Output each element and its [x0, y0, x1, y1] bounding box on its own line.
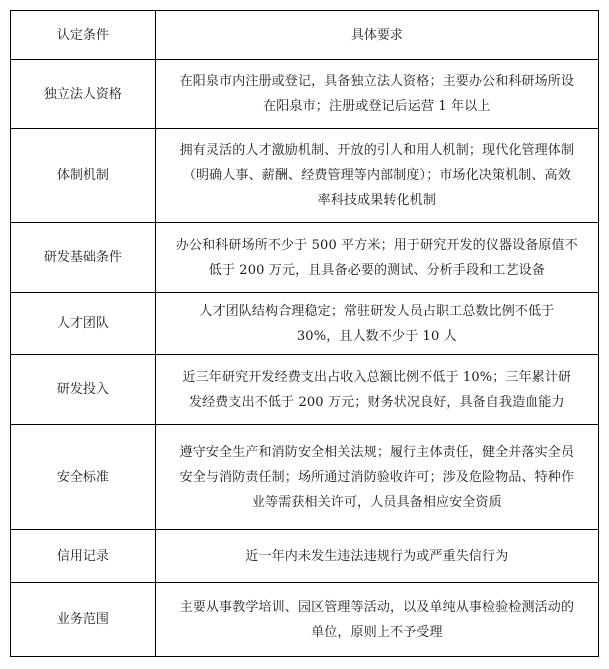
requirement-line: 遵守安全生产和消防安全相关法规；履行主体责任，健全并落实全员: [162, 440, 592, 465]
table-row: 独立法人资格在阳泉市内注册或登记，具备独立法人资格；主要办公和科研场所设在阳泉市…: [11, 60, 599, 129]
table-header-row: 认定条件 具体要求: [11, 11, 599, 60]
condition-cell: 研发基础条件: [11, 223, 156, 293]
requirement-line: 低于 200 万元，且具备必要的测试、分析手段和工艺设备: [162, 258, 592, 283]
condition-cell: 信用记录: [11, 530, 156, 583]
header-requirement: 具体要求: [155, 11, 598, 60]
requirement-cell: 拥有灵活的人才激励机制、开放的引人和用人机制；现代化管理体制（明确人事、薪酬、经…: [155, 129, 598, 223]
requirement-line: 办公和科研场所不少于 500 平方米；用于研究开发的仪器设备原值不: [162, 233, 592, 258]
requirement-line: 安全与消防责任制；场所通过消防验收许可；涉及危险物品、特种作: [162, 465, 592, 490]
requirement-line: 30%，且人数不少于 10 人: [162, 324, 592, 349]
requirement-cell: 人才团队结构合理稳定；常驻研发人员占职工总数比例不低于30%，且人数不少于 10…: [155, 293, 598, 355]
requirement-line: 在阳泉市内注册或登记，具备独立法人资格；主要办公和科研场所设: [162, 69, 592, 94]
table-row: 人才团队人才团队结构合理稳定；常驻研发人员占职工总数比例不低于30%，且人数不少…: [11, 293, 599, 355]
requirement-line: （明确人事、薪酬、经费管理等内部制度）；市场化决策机制、高效: [162, 163, 592, 188]
table-row: 业务范围主要从事教学培训、园区管理等活动，以及单纯从事检验检测活动的单位，原则上…: [11, 583, 599, 657]
condition-cell: 人才团队: [11, 293, 156, 355]
condition-cell: 业务范围: [11, 583, 156, 657]
requirement-line: 主要从事教学培训、园区管理等活动，以及单纯从事检验检测活动的: [162, 595, 592, 620]
condition-cell: 体制机制: [11, 129, 156, 223]
table-row: 安全标准遵守安全生产和消防安全相关法规；履行主体责任，健全并落实全员安全与消防责…: [11, 425, 599, 530]
requirement-cell: 主要从事教学培训、园区管理等活动，以及单纯从事检验检测活动的单位，原则上不予受理: [155, 583, 598, 657]
requirement-cell: 办公和科研场所不少于 500 平方米；用于研究开发的仪器设备原值不低于 200 …: [155, 223, 598, 293]
requirement-line: 在阳泉市；注册或登记后运营 1 年以上: [162, 94, 592, 119]
header-condition: 认定条件: [11, 11, 156, 60]
table-row: 研发基础条件办公和科研场所不少于 500 平方米；用于研究开发的仪器设备原值不低…: [11, 223, 599, 293]
requirement-line: 单位，原则上不予受理: [162, 620, 592, 645]
condition-cell: 研发投入: [11, 355, 156, 425]
condition-cell: 独立法人资格: [11, 60, 156, 129]
requirement-line: 业等需获相关许可，人员具备相应安全资质: [162, 490, 592, 515]
requirement-line: 拥有灵活的人才激励机制、开放的引人和用人机制；现代化管理体制: [162, 138, 592, 163]
table-row: 研发投入近三年研究开发经费支出占收入总额比例不低于 10%；三年累计研发经费支出…: [11, 355, 599, 425]
certification-requirements-table: 认定条件 具体要求 独立法人资格在阳泉市内注册或登记，具备独立法人资格；主要办公…: [10, 10, 599, 657]
requirement-line: 近三年研究开发经费支出占收入总额比例不低于 10%；三年累计研: [162, 365, 592, 390]
requirement-cell: 近三年研究开发经费支出占收入总额比例不低于 10%；三年累计研发经费支出不低于 …: [155, 355, 598, 425]
requirement-line: 近一年内未发生违法违规行为或严重失信行为: [162, 544, 592, 569]
table-row: 体制机制拥有灵活的人才激励机制、开放的引人和用人机制；现代化管理体制（明确人事、…: [11, 129, 599, 223]
requirement-line: 率科技成果转化机制: [162, 188, 592, 213]
requirement-cell: 近一年内未发生违法违规行为或严重失信行为: [155, 530, 598, 583]
table-row: 信用记录近一年内未发生违法违规行为或严重失信行为: [11, 530, 599, 583]
condition-cell: 安全标准: [11, 425, 156, 530]
requirement-line: 发经费支出不低于 200 万元；财务状况良好，具备自我造血能力: [162, 390, 592, 415]
requirement-line: 人才团队结构合理稳定；常驻研发人员占职工总数比例不低于: [162, 299, 592, 324]
requirement-cell: 在阳泉市内注册或登记，具备独立法人资格；主要办公和科研场所设在阳泉市；注册或登记…: [155, 60, 598, 129]
requirement-cell: 遵守安全生产和消防安全相关法规；履行主体责任，健全并落实全员安全与消防责任制；场…: [155, 425, 598, 530]
